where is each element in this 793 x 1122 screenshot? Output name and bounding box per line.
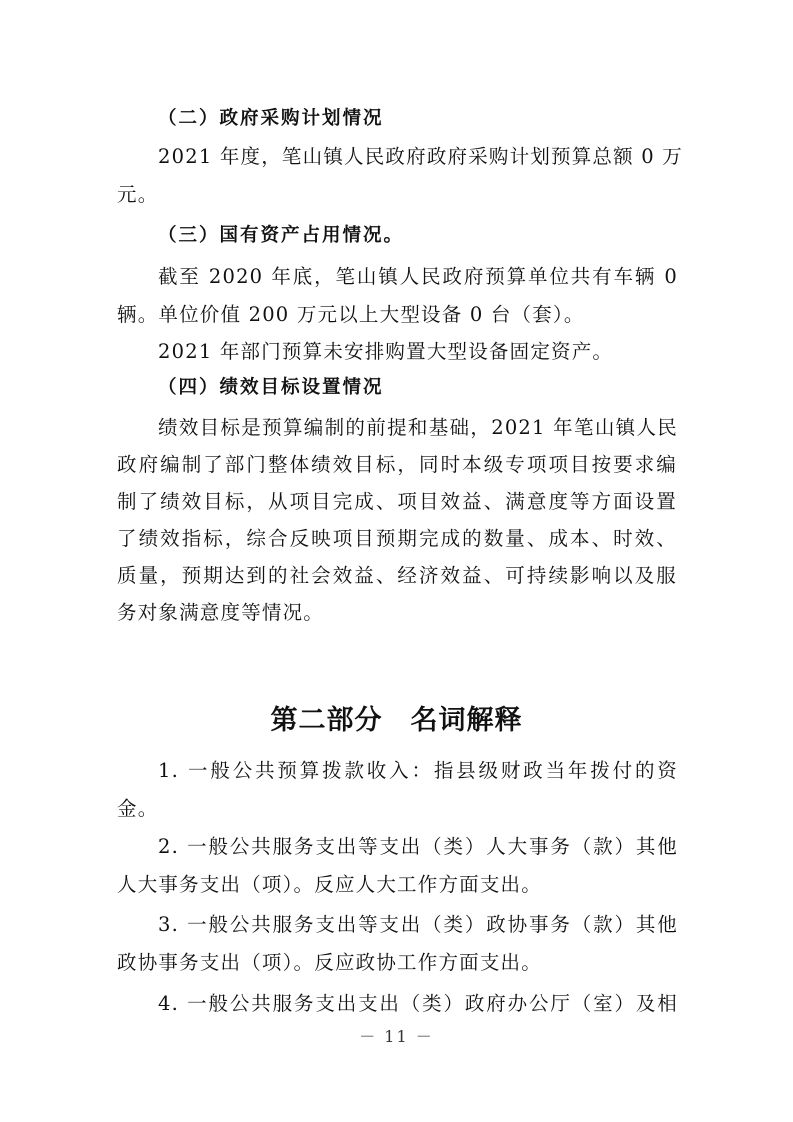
definition-item-line: 1. 一般公共预算拨款收入：指县级财政当年拨付的资 xyxy=(158,757,678,785)
paragraph-line: 2021 年度，笔山镇人民政府政府采购计划预算总额 0 万 xyxy=(158,143,678,171)
paragraph-line: 辆。单位价值 200 万元以上大型设备 0 台（套）。 xyxy=(117,301,677,329)
definition-item-line: 3. 一般公共服务支出等支出（类）政协事务（款）其他 xyxy=(158,911,678,939)
section-heading-assets: （三）国有资产占用情况。 xyxy=(158,222,678,250)
definition-item-line: 2. 一般公共服务支出等支出（类）人大事务（款）其他 xyxy=(158,833,678,861)
document-page: （二）政府采购计划情况 2021 年度，笔山镇人民政府政府采购计划预算总额 0 … xyxy=(0,0,793,1122)
part-title: 第二部分 名词解释 xyxy=(0,703,793,739)
page-number: － 11 － xyxy=(0,1026,793,1048)
paragraph-line: 质量，预期达到的社会效益、经济效益、可持续影响以及服 xyxy=(117,562,677,590)
definition-item-line: 4. 一般公共服务支出支出（类）政府办公厅（室）及相 xyxy=(158,990,678,1018)
section-heading-procurement: （二）政府采购计划情况 xyxy=(158,105,678,133)
paragraph-line: 绩效目标是预算编制的前提和基础，2021 年笔山镇人民 xyxy=(158,414,678,442)
paragraph-line: 制了绩效目标，从项目完成、项目效益、满意度等方面设置 xyxy=(117,488,677,516)
paragraph-line: 截至 2020 年底，笔山镇人民政府预算单位共有车辆 0 xyxy=(158,263,678,291)
paragraph-line: 元。 xyxy=(117,181,677,209)
definition-item-line: 政协事务支出（项）。反应政协工作方面支出。 xyxy=(117,949,677,977)
section-heading-performance: （四）绩效目标设置情况 xyxy=(158,374,678,402)
paragraph-line: 了绩效指标，综合反映项目预期完成的数量、成本、时效、 xyxy=(117,525,677,553)
paragraph-line: 务对象满意度等情况。 xyxy=(117,599,677,627)
definition-item-line: 金。 xyxy=(117,795,677,823)
definition-item-line: 人大事务支出（项）。反应人大工作方面支出。 xyxy=(117,871,677,899)
paragraph-line: 2021 年部门预算未安排购置大型设备固定资产。 xyxy=(158,338,678,366)
paragraph-line: 政府编制了部门整体绩效目标，同时本级专项项目按要求编 xyxy=(117,451,677,479)
